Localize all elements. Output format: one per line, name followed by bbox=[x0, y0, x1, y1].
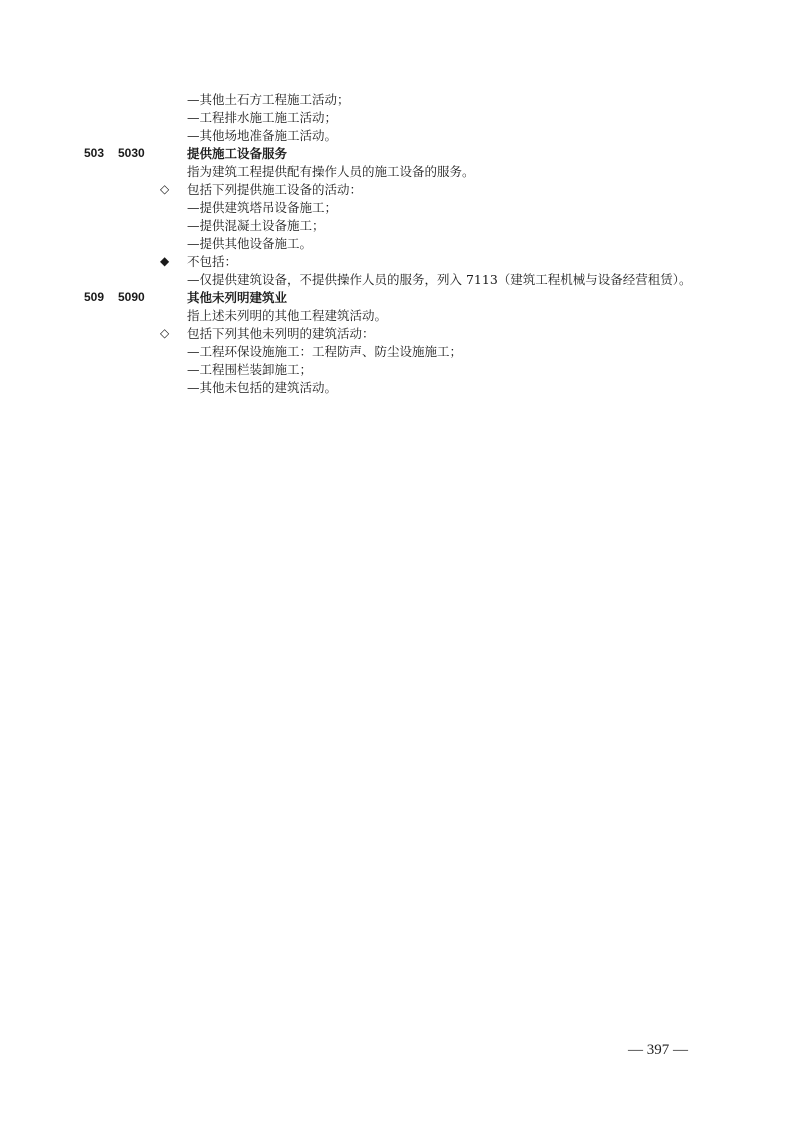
class-code: 5090 bbox=[118, 289, 145, 306]
group-code: 509 bbox=[84, 289, 104, 306]
body-text: 指为建筑工程提供配有操作人员的施工设备的服务。 bbox=[187, 163, 475, 180]
body-text: 包括下列提供施工设备的活动： bbox=[187, 181, 362, 198]
body-text: —提供混凝土设备施工； bbox=[187, 217, 325, 234]
filled-diamond-icon: ◆ bbox=[160, 253, 169, 270]
page-number: — 397 — bbox=[628, 1042, 688, 1059]
body-text: —工程排水施工施工活动； bbox=[187, 109, 337, 126]
body-text: —提供建筑塔吊设备施工； bbox=[187, 199, 337, 216]
body-text: —工程围栏装卸施工； bbox=[187, 361, 312, 378]
body-text: 包括下列其他未列明的建筑活动： bbox=[187, 325, 375, 342]
hollow-diamond-icon: ◇ bbox=[160, 181, 169, 198]
entry-title: 提供施工设备服务 bbox=[187, 145, 287, 162]
class-code: 5030 bbox=[118, 145, 145, 162]
body-text: —仅提供建筑设备，不提供操作人员的服务，列入 7113（建筑工程机械与设备经营租… bbox=[187, 271, 692, 288]
entry-title: 其他未列明建筑业 bbox=[187, 289, 287, 306]
body-text: 不包括： bbox=[187, 253, 237, 270]
body-text: —其他土石方工程施工活动； bbox=[187, 91, 350, 108]
body-text: —其他场地准备施工活动。 bbox=[187, 127, 337, 144]
group-code: 503 bbox=[84, 145, 104, 162]
body-text: 指上述未列明的其他工程建筑活动。 bbox=[187, 307, 387, 324]
hollow-diamond-icon: ◇ bbox=[160, 325, 169, 342]
document-page: —其他土石方工程施工活动； —工程排水施工施工活动； —其他场地准备施工活动。 … bbox=[0, 0, 793, 1122]
body-text: —其他未包括的建筑活动。 bbox=[187, 379, 337, 396]
body-text: —工程环保设施施工：工程防声、防尘设施施工； bbox=[187, 343, 462, 360]
body-text: —提供其他设备施工。 bbox=[187, 235, 312, 252]
